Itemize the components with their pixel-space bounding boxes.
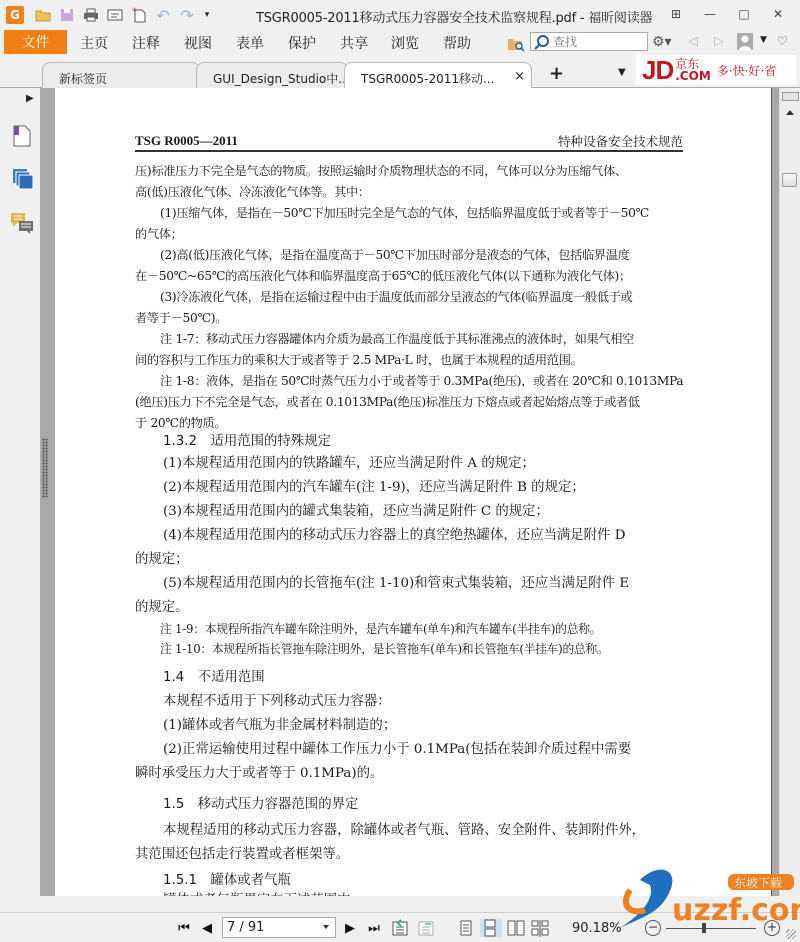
comments-icon[interactable] <box>10 212 34 238</box>
search-field[interactable] <box>530 32 648 51</box>
doc-line: (2)本规程适用范围内的汽车罐车(注 1-9)，还应当满足附件 B 的规定； <box>163 476 585 500</box>
forward-arrow-icon[interactable]: ▷ <box>714 34 724 49</box>
user-avatar-icon[interactable] <box>737 33 753 50</box>
menu-view[interactable]: 视图 <box>184 33 212 53</box>
doc-note: 注 1-8：液体，是指在 50℃时蒸气压力小于或者等于 0.3MPa(绝压)，或… <box>160 371 683 392</box>
new-document-icon[interactable]: * <box>130 6 148 24</box>
maximize-button[interactable]: □ <box>735 7 753 21</box>
continuous-view-icon[interactable] <box>480 919 502 937</box>
doc-note: 注 1-10：本规程所指长管拖车除注明外，是长管拖车(单车)和长管拖车(半挂车)… <box>160 639 608 660</box>
search-input[interactable] <box>553 34 645 49</box>
print-icon[interactable] <box>82 6 100 24</box>
doc-line: 的规定。 <box>135 596 189 620</box>
tab-label: TSGR0005-2011移动... <box>361 72 494 86</box>
open-folder-icon[interactable] <box>34 6 52 24</box>
first-page-button[interactable]: ⏮ <box>176 921 192 935</box>
customize-toolbar-icon[interactable]: ▾ <box>198 6 216 24</box>
section-heading-1-5: 1.5 移动式压力容器范围的界定 <box>163 793 358 812</box>
uzzf-watermark-logo: 东坡下载 uzzf.com <box>610 860 800 935</box>
next-page-button[interactable]: ▶ <box>342 921 358 935</box>
undo-icon[interactable]: ↶ <box>154 6 172 24</box>
doc-line: 的规定； <box>135 548 189 572</box>
doc-line: 其范围还包括走行装置或者框架等。 <box>135 843 349 867</box>
save-icon[interactable] <box>58 6 76 24</box>
doc-standard-code: TSG R0005—2011 <box>135 133 238 149</box>
tab-tsgr-pdf[interactable]: TSGR0005-2011移动... × <box>344 62 532 89</box>
single-page-view-icon[interactable] <box>458 919 474 937</box>
jd-com-text: .COM <box>675 70 711 82</box>
vertical-scrollbar[interactable] <box>779 88 800 896</box>
redo-icon[interactable]: ↷ <box>178 6 196 24</box>
tab-gui-design-studio[interactable]: GUI_Design_Studio中... <box>196 62 348 88</box>
doc-line: (1)本规程适用范围内的铁路罐车，还应当满足附件 A 的规定； <box>163 452 535 476</box>
doc-category: 特种设备安全技术规范 <box>558 132 683 150</box>
svg-text:*: * <box>132 7 137 17</box>
tab-label: 新标签页 <box>59 72 107 86</box>
minimize-button[interactable]: — <box>701 7 719 21</box>
menu-share[interactable]: 共享 <box>340 33 368 53</box>
page-number-field[interactable] <box>222 917 336 938</box>
doc-line: (3)本规程适用范围内的罐式集装箱，还应当满足附件 C 的规定； <box>163 500 549 524</box>
new-tab-button[interactable]: + <box>549 63 564 84</box>
pdf-page: TSG R0005—2011 特种设备安全技术规范 压)标准压力下完全是气态的物… <box>55 88 771 896</box>
doc-line: 者等于－50℃)。 <box>135 308 227 329</box>
tab-label: GUI_Design_Studio中... <box>213 72 348 86</box>
doc-note: 注 1-9：本规程所指汽车罐车除注明外，是汽车罐车(单车)和汽车罐车(半挂车)的… <box>160 619 601 640</box>
menu-file[interactable]: 文件 <box>4 30 67 54</box>
menu-help[interactable]: 帮助 <box>443 33 471 53</box>
doc-line: 瞬时承受压力大于或者等于 0.1MPa)的。 <box>135 762 383 786</box>
menu-browse[interactable]: 浏览 <box>391 33 419 53</box>
svg-text:uzzf.com: uzzf.com <box>672 893 800 928</box>
menu-comment[interactable]: 注释 <box>132 33 160 53</box>
doc-line: 罐体或者气瓶界定在下述范围内： <box>163 889 364 896</box>
splitter-grip-icon[interactable] <box>42 438 48 498</box>
tab-list-dropdown-icon[interactable]: ▼ <box>618 67 626 78</box>
jd-slogan: 多·快·好·省 <box>717 62 776 79</box>
folder-search-icon[interactable] <box>507 36 525 56</box>
ribbon-menu: 文件 主页 注释 视图 表单 保护 共享 浏览 帮助 <box>0 30 800 57</box>
app-logo-icon[interactable]: G <box>6 6 24 24</box>
scrollbar-split-handle[interactable] <box>782 92 799 101</box>
facing-view-icon[interactable] <box>506 919 526 937</box>
doc-line: (5)本规程适用范围内的长管拖车(注 1-10)和管束式集装箱，还应当满足附件 … <box>163 572 629 596</box>
doc-line: 在－50℃~65℃的高压液化气体和临界温度高于65℃的低压液化气体(以下通称为液… <box>135 266 631 287</box>
close-tab-icon[interactable]: × <box>514 69 525 84</box>
page-number-input[interactable] <box>227 920 307 935</box>
bookmarks-icon[interactable] <box>13 125 31 151</box>
doc-line: 本规程不适用于下列移动式压力容器： <box>163 690 391 714</box>
menu-protect[interactable]: 保护 <box>288 33 316 53</box>
section-heading-1-5-1: 1.5.1 罐体或者气瓶 <box>163 869 291 888</box>
close-button[interactable]: ✕ <box>769 7 787 21</box>
collapse-ribbon-icon[interactable]: ♡ <box>777 34 788 48</box>
navigation-panel: ▶ <box>0 88 40 896</box>
doc-note: 注 1-7：移动式压力容器罐体内介质为最高工作温度低于其标准沸点的液体时，如果气… <box>160 329 634 350</box>
next-view-icon[interactable] <box>418 919 434 937</box>
doc-note: 间的容积与工作压力的乘积大于或者等于 2.5 MPa·L 时，也属于本规程的适用… <box>135 350 582 371</box>
doc-line: 的气体； <box>135 224 183 245</box>
window-title: TSGR0005-2011移动式压力容器安全技术监察规程.pdf - 福昕阅读器 <box>256 7 652 26</box>
menu-form[interactable]: 表单 <box>236 33 264 53</box>
svg-text:东坡下载: 东坡下载 <box>734 875 782 890</box>
section-heading-1-4: 1.4 不适用范围 <box>163 666 265 685</box>
doc-line: (2)高(低)压液化气体，是指在温度高于－50℃下加压时部分是液态的气体，包括临… <box>160 245 630 266</box>
back-arrow-icon[interactable]: ◁ <box>688 34 698 49</box>
settings-gear-icon[interactable]: ⚙▾ <box>652 34 672 50</box>
doc-line: 本规程适用的移动式压力容器，除罐体或者气瓶、管路、安全附件、装卸附件外， <box>163 819 645 843</box>
continuous-facing-view-icon[interactable] <box>530 919 550 937</box>
scroll-up-arrow-icon[interactable] <box>786 110 794 115</box>
scrollbar-thumb[interactable] <box>782 173 797 187</box>
doc-line: (3)冷冻液化气体，是指在运输过程中由于温度低而部分呈液态的气体(临界温度一般低… <box>160 287 633 308</box>
search-icon <box>534 34 550 50</box>
pages-thumbnail-icon[interactable] <box>12 168 34 194</box>
doc-line: 压)标准压力下完全是气态的物质。按照运输时介质物理状态的不同，气体可以分为压缩气… <box>135 161 627 182</box>
document-header: TSG R0005—2011 特种设备安全技术规范 <box>135 132 683 152</box>
jd-advertisement[interactable]: JD 京东.COM 多·快·好·省 <box>636 55 796 85</box>
tab-new-tab[interactable]: 新标签页 <box>42 62 200 88</box>
doc-line: (1)罐体或者气瓶为非金属材料制造的； <box>163 714 396 738</box>
doc-line: (4)本规程适用范围内的移动式压力容器上的真空绝热罐体，还应当满足附件 D <box>163 524 625 548</box>
doc-note: (绝压)压力下不完全是气态，或者在 0.1013MPa(绝压)标准压力下熔点或者… <box>135 392 640 413</box>
properties-icon[interactable] <box>106 6 124 24</box>
doc-line: (2)正常运输使用过程中罐体工作压力小于 0.1MPa(包括在装卸介质过程中需要 <box>163 738 631 762</box>
previous-view-icon[interactable] <box>392 919 408 937</box>
previous-page-button[interactable]: ◀ <box>199 921 215 935</box>
expand-panel-icon[interactable]: ▶ <box>26 93 34 104</box>
user-dropdown-icon[interactable]: ▼ <box>760 35 767 45</box>
jd-logo: JD <box>642 55 673 86</box>
doc-line: (1)压缩气体，是指在－50℃下加压时完全是气态的气体，包括临界温度低于或者等于… <box>160 203 649 224</box>
title-bar: G * ↶ ↷ ▾ TSGR0005-2011移动式压力容器安全技术监察规程.p… <box>0 0 800 30</box>
section-heading-1-3-2: 1.3.2 适用范围的特殊规定 <box>163 430 331 449</box>
page-gutter <box>771 88 779 896</box>
page-dropdown-icon[interactable] <box>323 925 329 929</box>
doc-line: 高(低)压液化气体、冷冻液化气体等。其中： <box>135 182 370 203</box>
restore-layout-button[interactable]: ⊞ <box>667 7 685 21</box>
menu-home[interactable]: 主页 <box>80 33 108 53</box>
last-page-button[interactable]: ⏭ <box>366 921 382 935</box>
